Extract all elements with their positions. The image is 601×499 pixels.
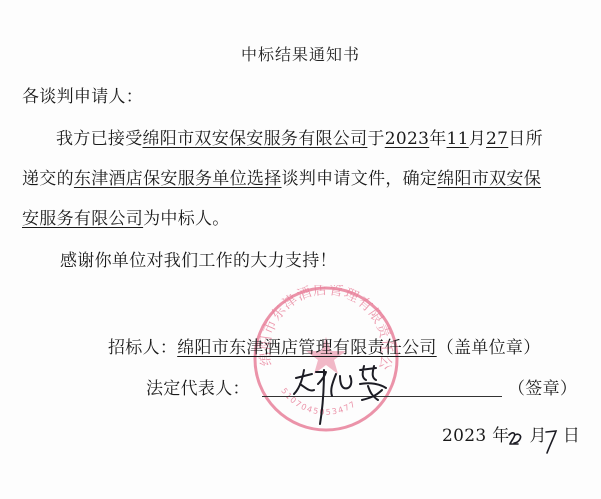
tenderer-line: 招标人：绵阳市东津酒店管理有限责任公司（盖单位章） [108,337,541,359]
legal-rep-label: 法定代表人： [146,378,250,400]
tenderer-name: 绵阳市东津酒店管理有限责任公司 [177,338,437,358]
text-segment: 为中标人。 [143,209,230,229]
company-seal-icon: 绵阳市东津酒店管理有限责任公司 5107045053477 [252,285,400,433]
text-segment: 于 [367,129,384,149]
winner-name-part2: 安服务有限公司 [22,209,143,229]
text-segment: 年 [429,129,446,149]
text-segment: 递交的 [22,169,74,189]
winner-name-part1: 绵阳市双安保 [437,169,541,189]
svg-text:5107045053477: 5107045053477 [279,386,358,416]
date-day-unit: 日 [563,426,580,446]
document-title: 中标结果通知书 [0,42,601,65]
handwritten-signature-icon [290,362,400,432]
paragraph-line-3: 安服务有限公司为中标人。 [22,208,230,230]
paragraph-line-2: 递交的东津酒店保安服务单位选择谈判申请文件，确定绵阳市双安保 [22,168,541,190]
text-segment: 月 [469,129,486,149]
winner-name: 绵阳市双安保安服务有限公司 [143,129,368,149]
date-year: 2023 [442,426,486,446]
date-month-unit: 月 [530,426,547,446]
submit-day: 27 [486,129,508,149]
project-name: 东津酒店保安服务单位选择 [74,169,282,189]
tenderer-note: （盖单位章） [437,338,541,358]
text-segment: 谈判申请文件，确定 [282,169,438,189]
submit-year: 2023 [385,129,429,149]
tenderer-label: 招标人： [108,338,177,358]
salutation: 各谈判申请人： [22,86,143,108]
thanks-line: 感谢你单位对我们工作的大力支持！ [60,250,337,272]
date-line: 2023 年月日 [442,425,580,447]
paragraph-line-1: 我方已接受绵阳市双安保安服务有限公司于2023年11月27日所 [56,128,543,150]
legal-rep-note: （签章） [508,378,577,400]
svg-text:绵阳市东津酒店管理有限责任公司: 绵阳市东津酒店管理有限责任公司 [252,285,394,372]
text-segment: 我方已接受 [56,129,143,149]
document-page: 中标结果通知书 各谈判申请人： 我方已接受绵阳市双安保安服务有限公司于2023年… [0,0,601,499]
date-year-unit: 年 [492,426,509,446]
signature-line [262,396,502,397]
submit-month: 11 [447,129,469,149]
text-segment: 日所 [508,129,543,149]
